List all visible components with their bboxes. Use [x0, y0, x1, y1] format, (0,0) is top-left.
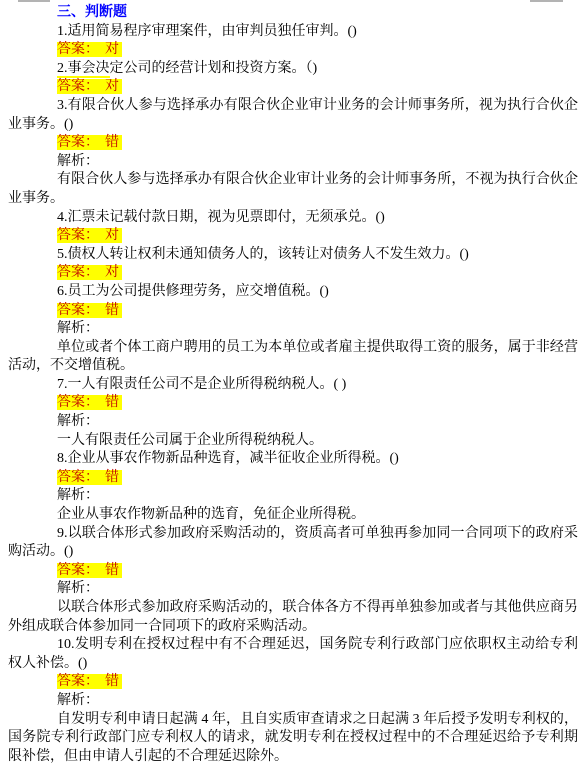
analysis-label: 解析： [8, 580, 578, 599]
analysis-text: 企业从事农作物新品种的选育，免征企业所得税。 [8, 506, 578, 525]
answer-line: 答案：错 [8, 302, 578, 321]
answer-label: 答案： [57, 135, 99, 150]
question-text: 8.企业从事农作物新品种选育，减半征收企业所得税。() [8, 450, 578, 469]
answer-label: 答案： [57, 265, 99, 280]
answer-value: 对 [105, 265, 119, 280]
answer-highlight: 答案：错 [57, 303, 122, 318]
answer-highlight: 答案：错 [57, 674, 122, 689]
answer-value: 错 [105, 395, 119, 410]
question-text: 10.发明专利在授权过程中有不合理延迟，国务院专利行政部门应依职权主动给专利权人… [8, 636, 578, 673]
question-rest: 定公司的经营计划和投资方案。（) [110, 61, 318, 76]
question-text: 6.员工为公司提供修理劳务，应交增值税。() [8, 283, 578, 302]
analysis-text: 自发明专利申请日起满 4 年，且自实质审查请求之日起满 3 年后授予发明专利权的… [8, 711, 578, 767]
answer-line: 答案：对 [8, 41, 578, 60]
question-text: 2.事会决定公司的经营计划和投资方案。（) [8, 60, 578, 79]
question-text: 5.债权人转让权利未通知债务人的，该转让对债务人不发生效力。() [8, 246, 578, 265]
answer-line: 答案：对 [8, 78, 578, 97]
analysis-label: 解析： [8, 487, 578, 506]
section-title: 三、判断题 [8, 4, 578, 23]
answer-value: 错 [105, 674, 119, 689]
answer-label: 答案： [57, 228, 99, 243]
answer-highlight: 答案：错 [57, 395, 122, 410]
answer-highlight: 答案：错 [57, 135, 122, 150]
answer-label: 答案： [57, 79, 99, 94]
answer-label: 答案： [57, 470, 99, 485]
analysis-text: 有限合伙人参与选择承办有限合伙企业审计业务的会计师事务所，不视为执行合伙企业事务… [8, 171, 578, 208]
grammar-underline-segment: 2.事会决 [57, 61, 110, 78]
answer-highlight: 答案：错 [57, 563, 122, 578]
answer-highlight: 答案：对 [57, 228, 122, 243]
question-text: 1.适用简易程序审理案件，由审判员独任审判。() [8, 23, 578, 42]
analysis-label: 解析： [8, 153, 578, 172]
document-page: 三、判断题 1.适用简易程序审理案件，由审判员独任审判。() 答案：对 2.事会… [0, 0, 586, 768]
answer-value: 对 [105, 228, 119, 243]
analysis-label: 解析： [8, 413, 578, 432]
answer-line: 答案：错 [8, 562, 578, 581]
answer-value: 对 [105, 79, 119, 94]
answer-value: 对 [105, 42, 119, 57]
answer-value: 错 [105, 135, 119, 150]
answer-value: 错 [105, 470, 119, 485]
page-edge-mark-right [530, 0, 563, 2]
answer-line: 答案：错 [8, 394, 578, 413]
analysis-text: 一人有限责任公司属于企业所得税纳税人。 [8, 432, 578, 451]
answer-value: 错 [105, 563, 119, 578]
answer-highlight: 答案：错 [57, 470, 122, 485]
analysis-label: 解析： [8, 692, 578, 711]
question-text: 9.以联合体形式参加政府采购活动的，资质高者可单独再参加同一合同项下的政府采购活… [8, 525, 578, 562]
answer-highlight: 答案：对 [57, 265, 122, 280]
answer-highlight: 答案：对 [57, 42, 122, 57]
answer-line: 答案：错 [8, 673, 578, 692]
answer-label: 答案： [57, 674, 99, 689]
answer-value: 错 [105, 303, 119, 318]
answer-label: 答案： [57, 303, 99, 318]
analysis-text: 单位或者个体工商户聘用的员工为本单位或者雇主提供取得工资的服务，属于非经营活动，… [8, 339, 578, 376]
answer-highlight: 答案：对 [57, 79, 122, 94]
question-text: 3.有限合伙人参与选择承办有限合伙企业审计业务的会计师事务所，视为执行合伙企业事… [8, 97, 578, 134]
analysis-label: 解析： [8, 320, 578, 339]
question-text: 4.汇票未记载付款日期，视为见票即付，无须承兑。() [8, 209, 578, 228]
answer-line: 答案：对 [8, 227, 578, 246]
analysis-text: 以联合体形式参加政府采购活动的，联合体各方不得再单独参加或者与其他供应商另外组成… [8, 599, 578, 636]
answer-label: 答案： [57, 42, 99, 57]
answer-label: 答案： [57, 563, 99, 578]
page-edge-mark-left [18, 0, 50, 2]
question-text: 7.一人有限责任公司不是企业所得税纳税人。( ) [8, 376, 578, 395]
answer-label: 答案： [57, 395, 99, 410]
answer-line: 答案：错 [8, 134, 578, 153]
answer-line: 答案：对 [8, 264, 578, 283]
answer-line: 答案：错 [8, 469, 578, 488]
